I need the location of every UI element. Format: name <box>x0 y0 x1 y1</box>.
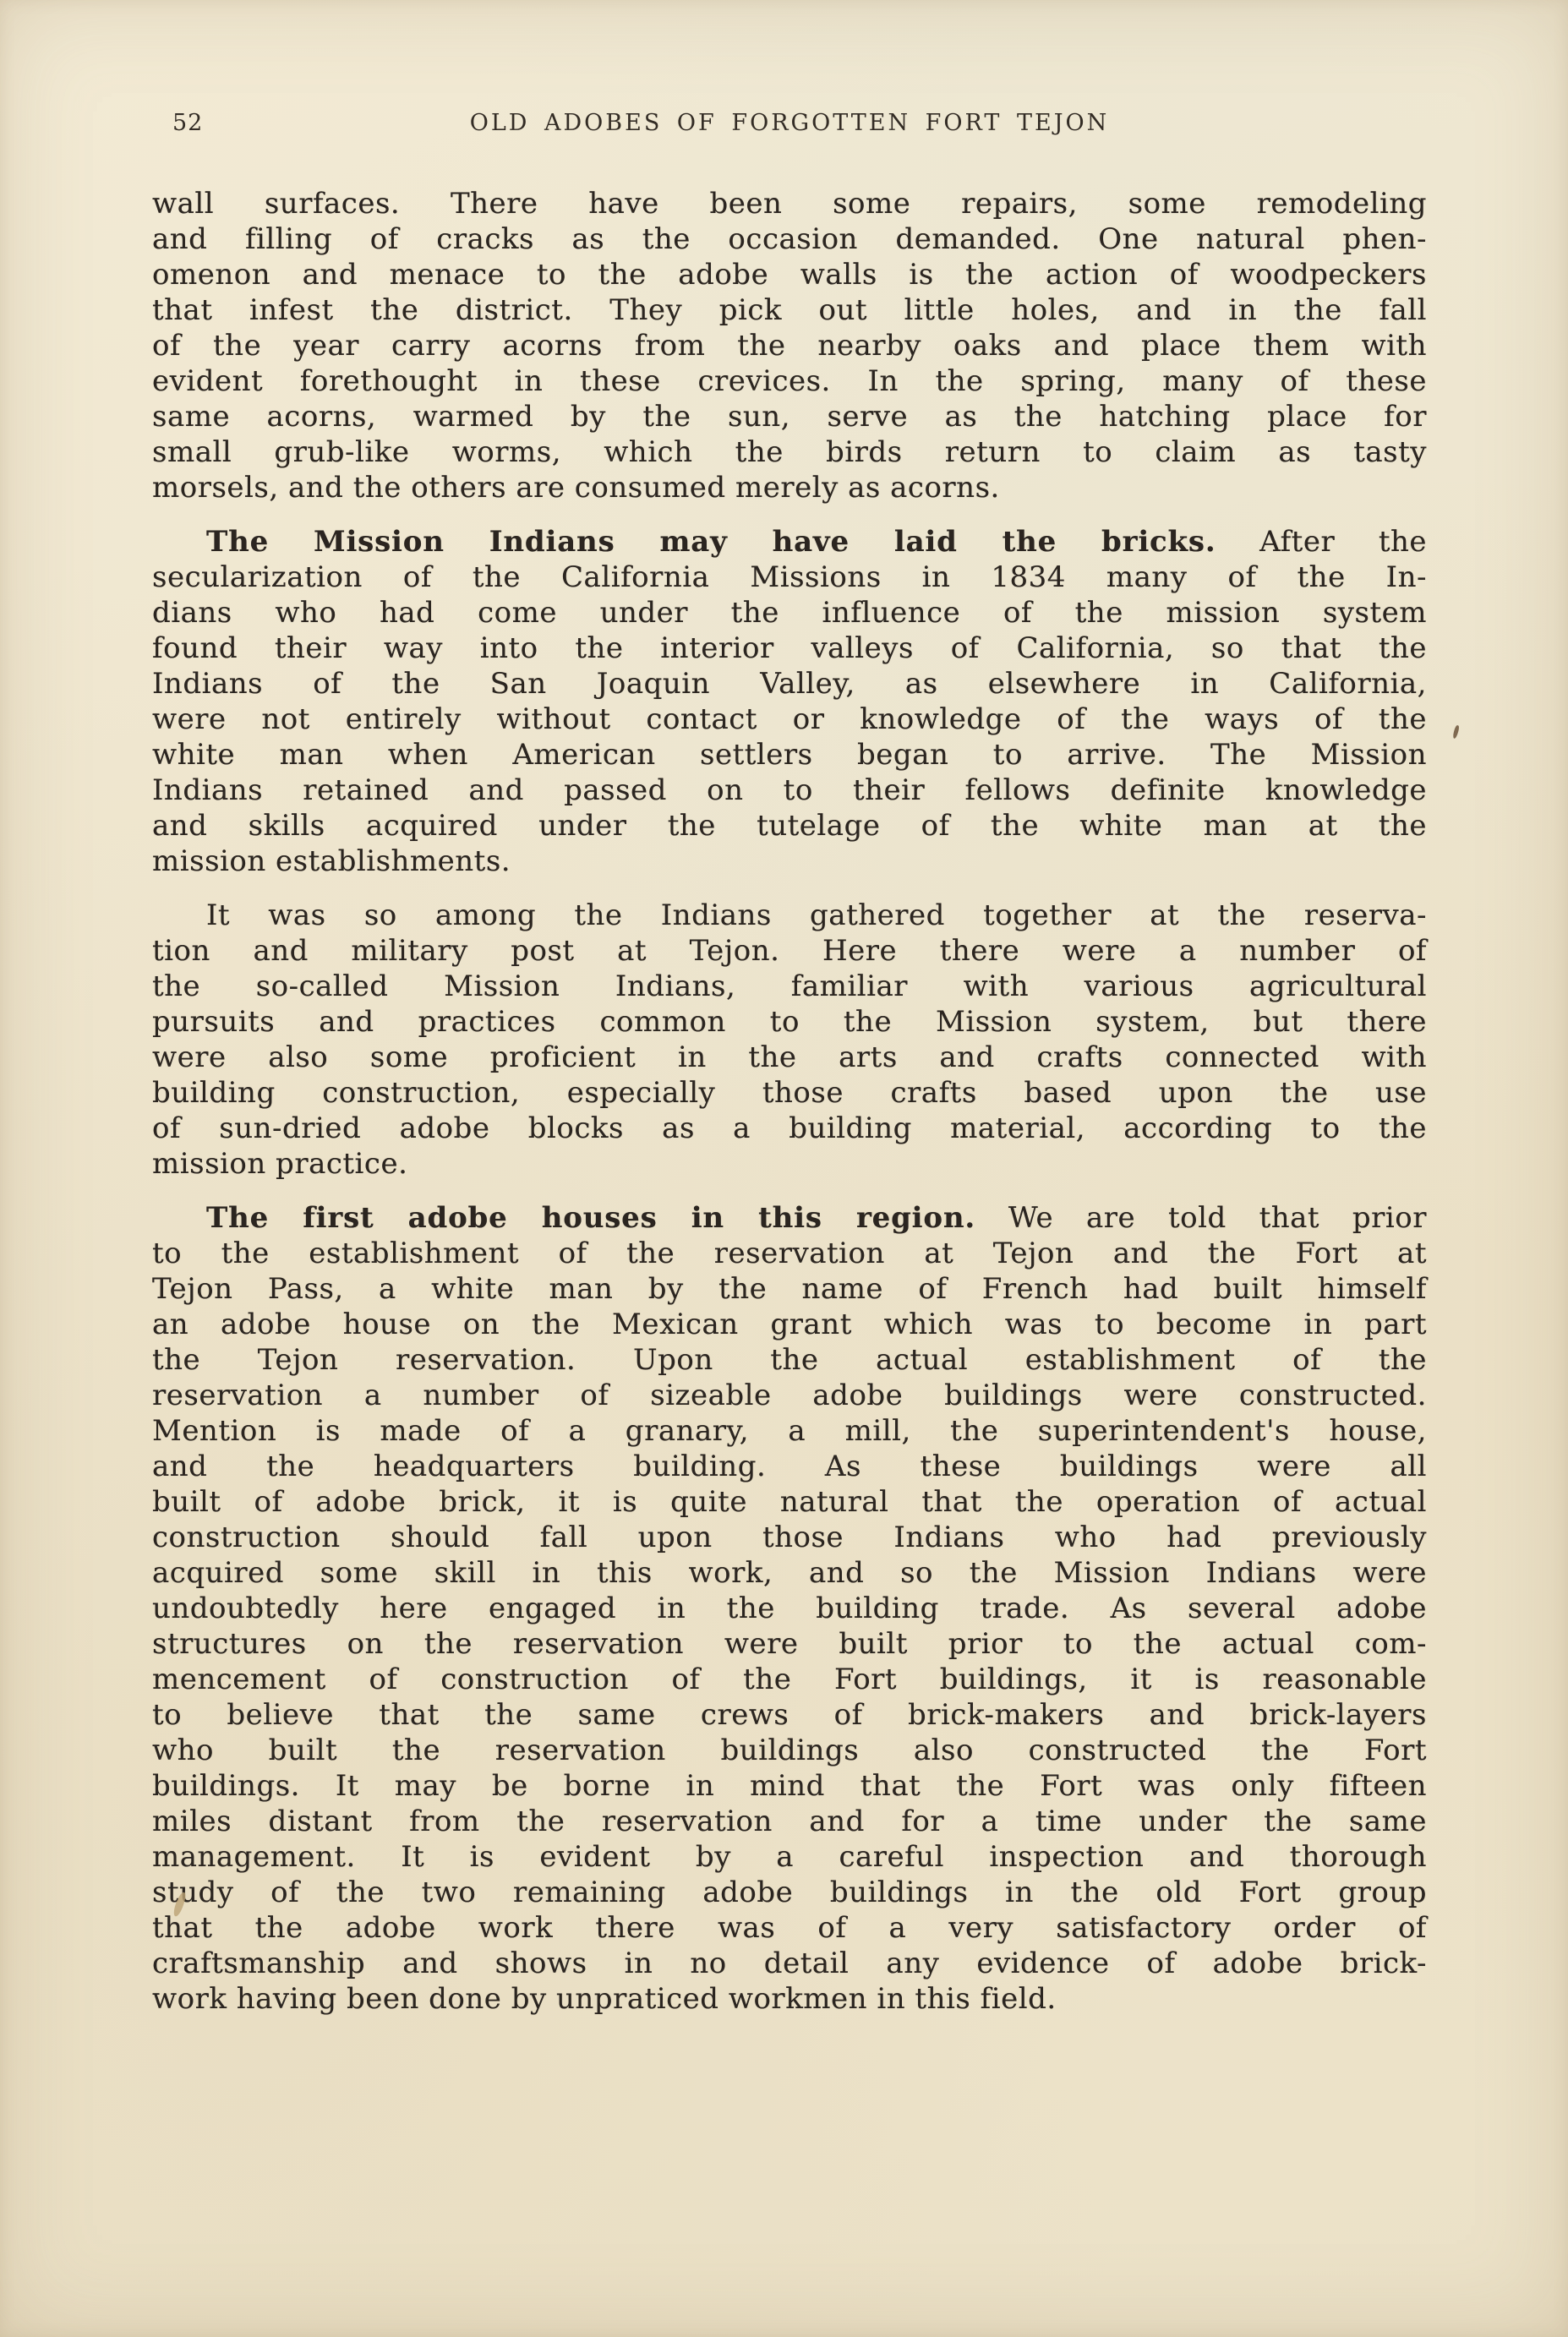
text-line: built of adobe brick, it is quite natura… <box>152 1484 1427 1520</box>
text-line: same acorns, warmed by the sun, serve as… <box>152 399 1427 434</box>
page-number: 52 <box>172 110 203 136</box>
text-line: to believe that the same crews of brick-… <box>152 1697 1427 1733</box>
text-line: that the adobe work there was of a very … <box>152 1910 1427 1946</box>
text-line: omenon and menace to the adobe walls is … <box>152 257 1427 292</box>
text-line: dians who had come under the influence o… <box>152 595 1427 631</box>
text-line: an adobe house on the Mexican grant whic… <box>152 1307 1427 1342</box>
text-line: of the year carry acorns from the nearby… <box>152 328 1427 363</box>
text-line: wall surfaces. There have been some repa… <box>152 186 1427 221</box>
text-line: and the headquarters building. As these … <box>152 1449 1427 1484</box>
text-line: Indians retained and passed on to their … <box>152 773 1427 808</box>
text-line: and skills acquired under the tutelage o… <box>152 808 1427 844</box>
text-line: management. It is evident by a careful i… <box>152 1839 1427 1875</box>
book-page: 52 OLD ADOBES OF FORGOTTEN FORT TEJON wa… <box>0 0 1568 2337</box>
running-title: OLD ADOBES OF FORGOTTEN FORT TEJON <box>152 110 1427 136</box>
text-line: work having been done by unpraticed work… <box>152 1981 1427 2017</box>
body-text: wall surfaces. There have been some repa… <box>152 186 1427 2017</box>
text-line: The first adobe houses in this region. W… <box>152 1200 1427 1236</box>
body-paragraph: The Mission Indians may have laid the br… <box>152 524 1427 879</box>
text-line: mencement of construction of the Fort bu… <box>152 1662 1427 1697</box>
text-line: evident forethought in these crevices. I… <box>152 363 1427 399</box>
text-line: white man when American settlers began t… <box>152 737 1427 773</box>
text-line: acquired some skill in this work, and so… <box>152 1555 1427 1591</box>
text-line: mission practice. <box>152 1146 1427 1182</box>
text-line: were also some proficient in the arts an… <box>152 1040 1427 1075</box>
text-line: building construction, especially those … <box>152 1075 1427 1111</box>
text-line: and filling of cracks as the occasion de… <box>152 221 1427 257</box>
text-line: miles distant from the reservation and f… <box>152 1804 1427 1839</box>
text-line: secularization of the California Mission… <box>152 560 1427 595</box>
text-line: Indians of the San Joaquin Valley, as el… <box>152 666 1427 702</box>
text-line: study of the two remaining adobe buildin… <box>152 1875 1427 1910</box>
paragraph-lead: The Mission Indians may have laid the br… <box>206 525 1216 559</box>
text-line: reservation a number of sizeable adobe b… <box>152 1378 1427 1413</box>
text-line: to the establishment of the reservation … <box>152 1236 1427 1271</box>
body-paragraph: It was so among the Indians gathered tog… <box>152 898 1427 1182</box>
text-line: that infest the district. They pick out … <box>152 292 1427 328</box>
text-line: buildings. It may be borne in mind that … <box>152 1768 1427 1804</box>
text-line: were not entirely without contact or kno… <box>152 702 1427 737</box>
text-line: structures on the reservation were built… <box>152 1626 1427 1662</box>
text-line: small grub-like worms, which the birds r… <box>152 434 1427 470</box>
text-line: It was so among the Indians gathered tog… <box>152 898 1427 933</box>
paragraph-lead: The first adobe houses in this region. <box>206 1201 975 1235</box>
text-line: the Tejon reservation. Upon the actual e… <box>152 1342 1427 1378</box>
page-header: 52 OLD ADOBES OF FORGOTTEN FORT TEJON <box>152 110 1427 140</box>
text-line: who built the reservation buildings also… <box>152 1733 1427 1768</box>
text-line: construction should fall upon those Indi… <box>152 1520 1427 1555</box>
body-paragraph: wall surfaces. There have been some repa… <box>152 186 1427 505</box>
text-line: morsels, and the others are consumed mer… <box>152 470 1427 505</box>
text-line: the so-called Mission Indians, familiar … <box>152 969 1427 1004</box>
text-line: tion and military post at Tejon. Here th… <box>152 933 1427 969</box>
paper-speck <box>1452 725 1460 740</box>
body-paragraph: The first adobe houses in this region. W… <box>152 1200 1427 2017</box>
text-line: Tejon Pass, a white man by the name of F… <box>152 1271 1427 1307</box>
text-line: undoubtedly here engaged in the building… <box>152 1591 1427 1626</box>
page-content: 52 OLD ADOBES OF FORGOTTEN FORT TEJON wa… <box>152 110 1427 2017</box>
text-line: found their way into the interior valley… <box>152 631 1427 666</box>
text-line: Mention is made of a granary, a mill, th… <box>152 1413 1427 1449</box>
text-line: craftsmanship and shows in no detail any… <box>152 1946 1427 1981</box>
text-line: mission establishments. <box>152 844 1427 879</box>
text-line: of sun-dried adobe blocks as a building … <box>152 1111 1427 1146</box>
text-line: The Mission Indians may have laid the br… <box>152 524 1427 560</box>
text-line: pursuits and practices common to the Mis… <box>152 1004 1427 1040</box>
